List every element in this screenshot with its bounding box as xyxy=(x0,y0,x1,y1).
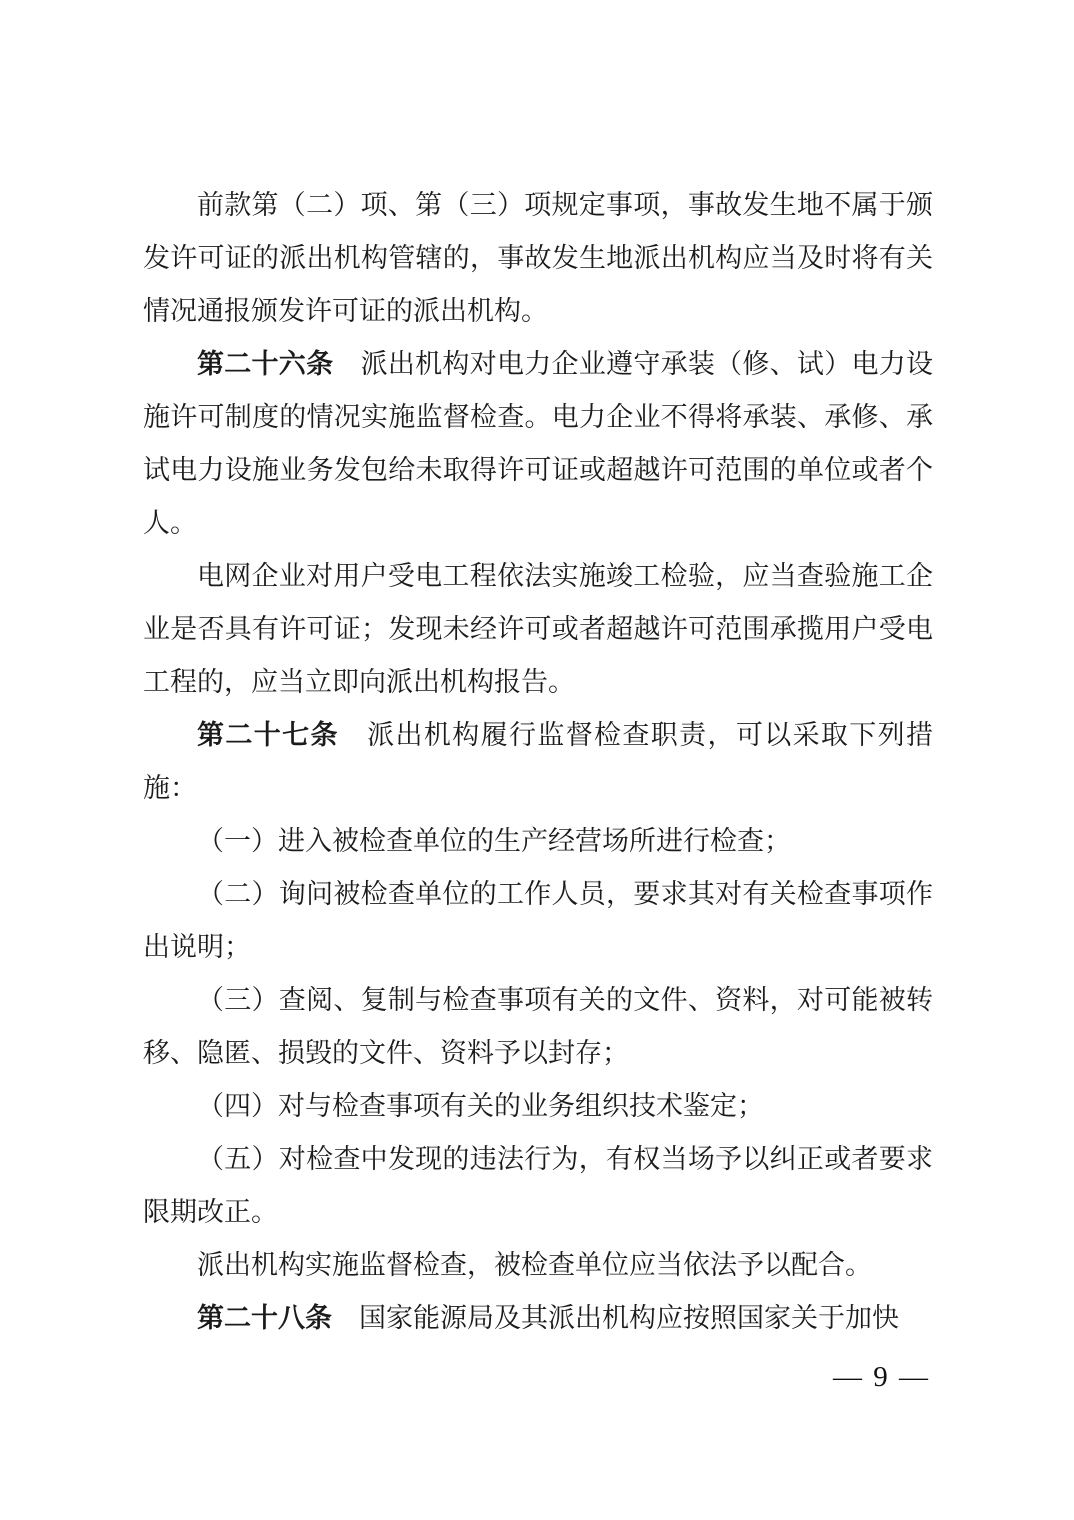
list-item-1: （一）进入被检查单位的生产经营场所进行检查； xyxy=(143,815,933,868)
document-page: 前款第（二）项、第（三）项规定事项，事故发生地不属于颁发许可证的派出机构管辖的，… xyxy=(0,0,1074,1520)
article-number: 第二十八条 xyxy=(197,1303,359,1333)
paragraph-text: （三）查阅、复制与检查事项有关的文件、资料，对可能被转移、隐匿、损毁的文件、资料… xyxy=(143,985,933,1068)
paragraph-article-27: 第二十七条 派出机构履行监督检查职责，可以采取下列措施： xyxy=(143,709,933,815)
paragraph-text: 前款第（二）项、第（三）项规定事项，事故发生地不属于颁发许可证的派出机构管辖的，… xyxy=(143,190,933,326)
paragraph-text: 国家能源局及其派出机构应按照国家关于加快 xyxy=(359,1303,899,1333)
paragraph: 前款第（二）项、第（三）项规定事项，事故发生地不属于颁发许可证的派出机构管辖的，… xyxy=(143,179,933,338)
article-number: 第二十七条 xyxy=(197,720,367,750)
paragraph-article-28: 第二十八条 国家能源局及其派出机构应按照国家关于加快 xyxy=(143,1292,933,1345)
paragraph: 派出机构实施监督检查，被检查单位应当依法予以配合。 xyxy=(143,1239,933,1292)
paragraph-article-26: 第二十六条 派出机构对电力企业遵守承装（修、试）电力设施许可制度的情况实施监督检… xyxy=(143,338,933,550)
document-body: 前款第（二）项、第（三）项规定事项，事故发生地不属于颁发许可证的派出机构管辖的，… xyxy=(143,179,933,1345)
paragraph: 电网企业对用户受电工程依法实施竣工检验，应当查验施工企业是否具有许可证；发现未经… xyxy=(143,550,933,709)
list-item-2: （二）询问被检查单位的工作人员，要求其对有关检查事项作出说明； xyxy=(143,868,933,974)
paragraph-text: （四）对与检查事项有关的业务组织技术鉴定； xyxy=(197,1091,764,1121)
paragraph-text: 派出机构实施监督检查，被检查单位应当依法予以配合。 xyxy=(197,1250,872,1280)
page-number: — 9 — xyxy=(833,1360,930,1394)
list-item-4: （四）对与检查事项有关的业务组织技术鉴定； xyxy=(143,1080,933,1133)
list-item-3: （三）查阅、复制与检查事项有关的文件、资料，对可能被转移、隐匿、损毁的文件、资料… xyxy=(143,974,933,1080)
list-item-5: （五）对检查中发现的违法行为，有权当场予以纠正或者要求限期改正。 xyxy=(143,1133,933,1239)
paragraph-text: （二）询问被检查单位的工作人员，要求其对有关检查事项作出说明； xyxy=(143,879,933,962)
paragraph-text: 电网企业对用户受电工程依法实施竣工检验，应当查验施工企业是否具有许可证；发现未经… xyxy=(143,561,933,697)
article-number: 第二十六条 xyxy=(197,349,361,379)
paragraph-text: （一）进入被检查单位的生产经营场所进行检查； xyxy=(197,826,791,856)
paragraph-text: （五）对检查中发现的违法行为，有权当场予以纠正或者要求限期改正。 xyxy=(143,1144,933,1227)
